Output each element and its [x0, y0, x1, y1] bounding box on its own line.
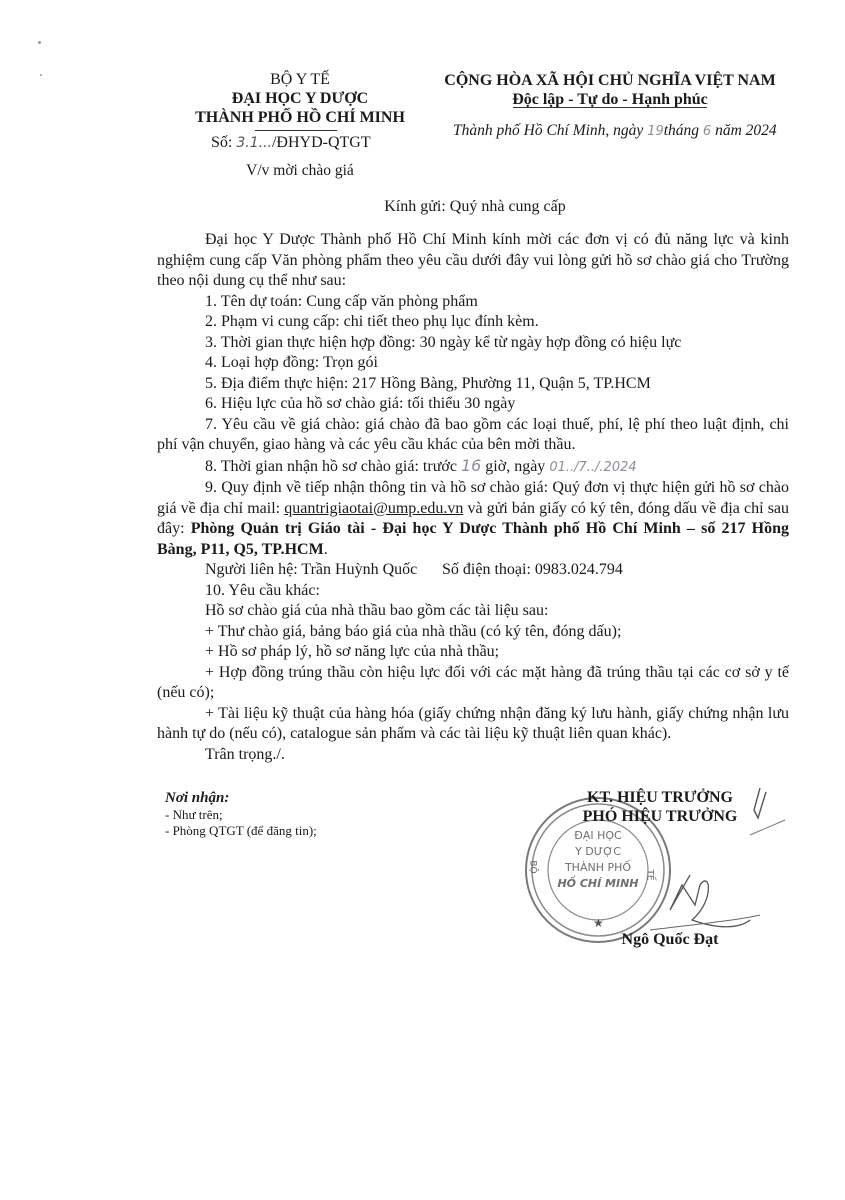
item-10-intro: Hồ sơ chào giá của nhà thầu bao gồm các …: [157, 601, 789, 622]
document-number: Số: 3.1.../ĐHYD-QTGT: [211, 133, 371, 153]
recipient-1: - Như trên;: [165, 807, 405, 823]
ministry-name: BỘ Y TẾ: [180, 70, 420, 89]
intro-paragraph: Đại học Y Dược Thành phố Hồ Chí Minh kín…: [157, 230, 789, 292]
date-month-handwritten: 6: [703, 124, 711, 139]
email-link[interactable]: quantrigiaotai@ump.edu.vn: [284, 500, 463, 517]
item-10-bullet-3: + Hợp đồng trúng thầu còn hiệu lực đối v…: [157, 663, 789, 704]
item-2: 2. Phạm vi cung cấp: chi tiết theo phụ l…: [157, 312, 789, 333]
country-name: CỘNG HÒA XÃ HỘI CHỦ NGHĨA VIỆT NAM: [420, 71, 800, 90]
issue-date: Thành phố Hồ Chí Minh, ngày 19tháng 6 nă…: [453, 122, 777, 141]
doc-number-suffix: /ĐHYD-QTGT: [272, 134, 371, 151]
contact-person: Người liên hệ: Trần Huỳnh Quốc: [205, 560, 442, 581]
header-left-underline: [255, 130, 337, 131]
item-10-bullet-1: + Thư chào giá, bảng báo giá của nhà thầ…: [157, 622, 789, 643]
university-name-line1: ĐẠI HỌC Y DƯỢC: [180, 89, 420, 108]
item-1: 1. Tên dự toán: Cung cấp văn phòng phẩm: [157, 292, 789, 313]
doc-number-handwritten: 3.1...: [236, 135, 272, 151]
item-8-mid: giờ, ngày: [485, 458, 545, 475]
recipients-title: Nơi nhận:: [165, 789, 405, 807]
scan-speck: [40, 74, 42, 76]
contact-line: Người liên hệ: Trần Huỳnh QuốcSố điện th…: [157, 560, 789, 581]
recipients-block: Nơi nhận: - Như trên; - Phòng QTGT (để đ…: [165, 789, 405, 839]
header-left: BỘ Y TẾ ĐẠI HỌC Y DƯỢC THÀNH PHỐ HỒ CHÍ …: [180, 70, 420, 127]
date-month-label: tháng: [664, 122, 699, 139]
subject-line: V/v mời chào giá: [180, 162, 420, 180]
recipient-2: - Phòng QTGT (để đăng tin);: [165, 823, 405, 839]
date-year: năm 2024: [715, 122, 777, 139]
item-9-address: Phòng Quản trị Giáo tài - Đại học Y Dược…: [157, 520, 789, 558]
item-10-bullet-4: + Tài liệu kỹ thuật của hàng hóa (giấy c…: [157, 704, 789, 745]
item-6: 6. Hiệu lực của hồ sơ chào giá: tối thiể…: [157, 394, 789, 415]
signer-name: Ngô Quốc Đạt: [570, 930, 770, 949]
university-name-line2: THÀNH PHỐ HỒ CHÍ MINH: [180, 108, 420, 127]
item-4: 4. Loại hợp đồng: Trọn gói: [157, 353, 789, 374]
motto-underline: [513, 107, 707, 108]
item-5: 5. Địa điểm thực hiện: 217 Hồng Bàng, Ph…: [157, 374, 789, 395]
scan-speck: [38, 41, 41, 44]
header-right: CỘNG HÒA XÃ HỘI CHỦ NGHĨA VIỆT NAM Độc l…: [420, 71, 800, 109]
letter-body: Đại học Y Dược Thành phố Hồ Chí Minh kín…: [157, 230, 789, 765]
item-10: 10. Yêu cầu khác:: [157, 581, 789, 602]
item-8: 8. Thời gian nhận hồ sơ chào giá: trước …: [157, 456, 789, 479]
date-prefix: Thành phố Hồ Chí Minh, ngày: [453, 122, 643, 139]
item-8-date-handwritten: 01../7../.2024: [549, 460, 636, 475]
closing: Trân trọng./.: [157, 745, 789, 766]
item-9: 9. Quy định về tiếp nhận thông tin và hồ…: [157, 478, 789, 560]
item-8-prefix: 8. Thời gian nhận hồ sơ chào giá: trước: [205, 458, 457, 475]
item-8-hour-handwritten: 16: [461, 456, 481, 475]
doc-number-prefix: Số:: [211, 134, 232, 151]
stamp-left-text: BỘ: [528, 860, 538, 873]
item-7: 7. Yêu cầu về giá chào: giá chào đã bao …: [157, 415, 789, 456]
date-day-handwritten: 19: [647, 124, 664, 139]
item-10-bullet-2: + Hồ sơ pháp lý, hồ sơ năng lực của nhà …: [157, 642, 789, 663]
item-3: 3. Thời gian thực hiện hợp đồng: 30 ngày…: [157, 333, 789, 354]
contact-phone: Số điện thoại: 0983.024.794: [442, 561, 623, 578]
salutation: Kính gửi: Quý nhà cung cấp: [150, 197, 800, 218]
